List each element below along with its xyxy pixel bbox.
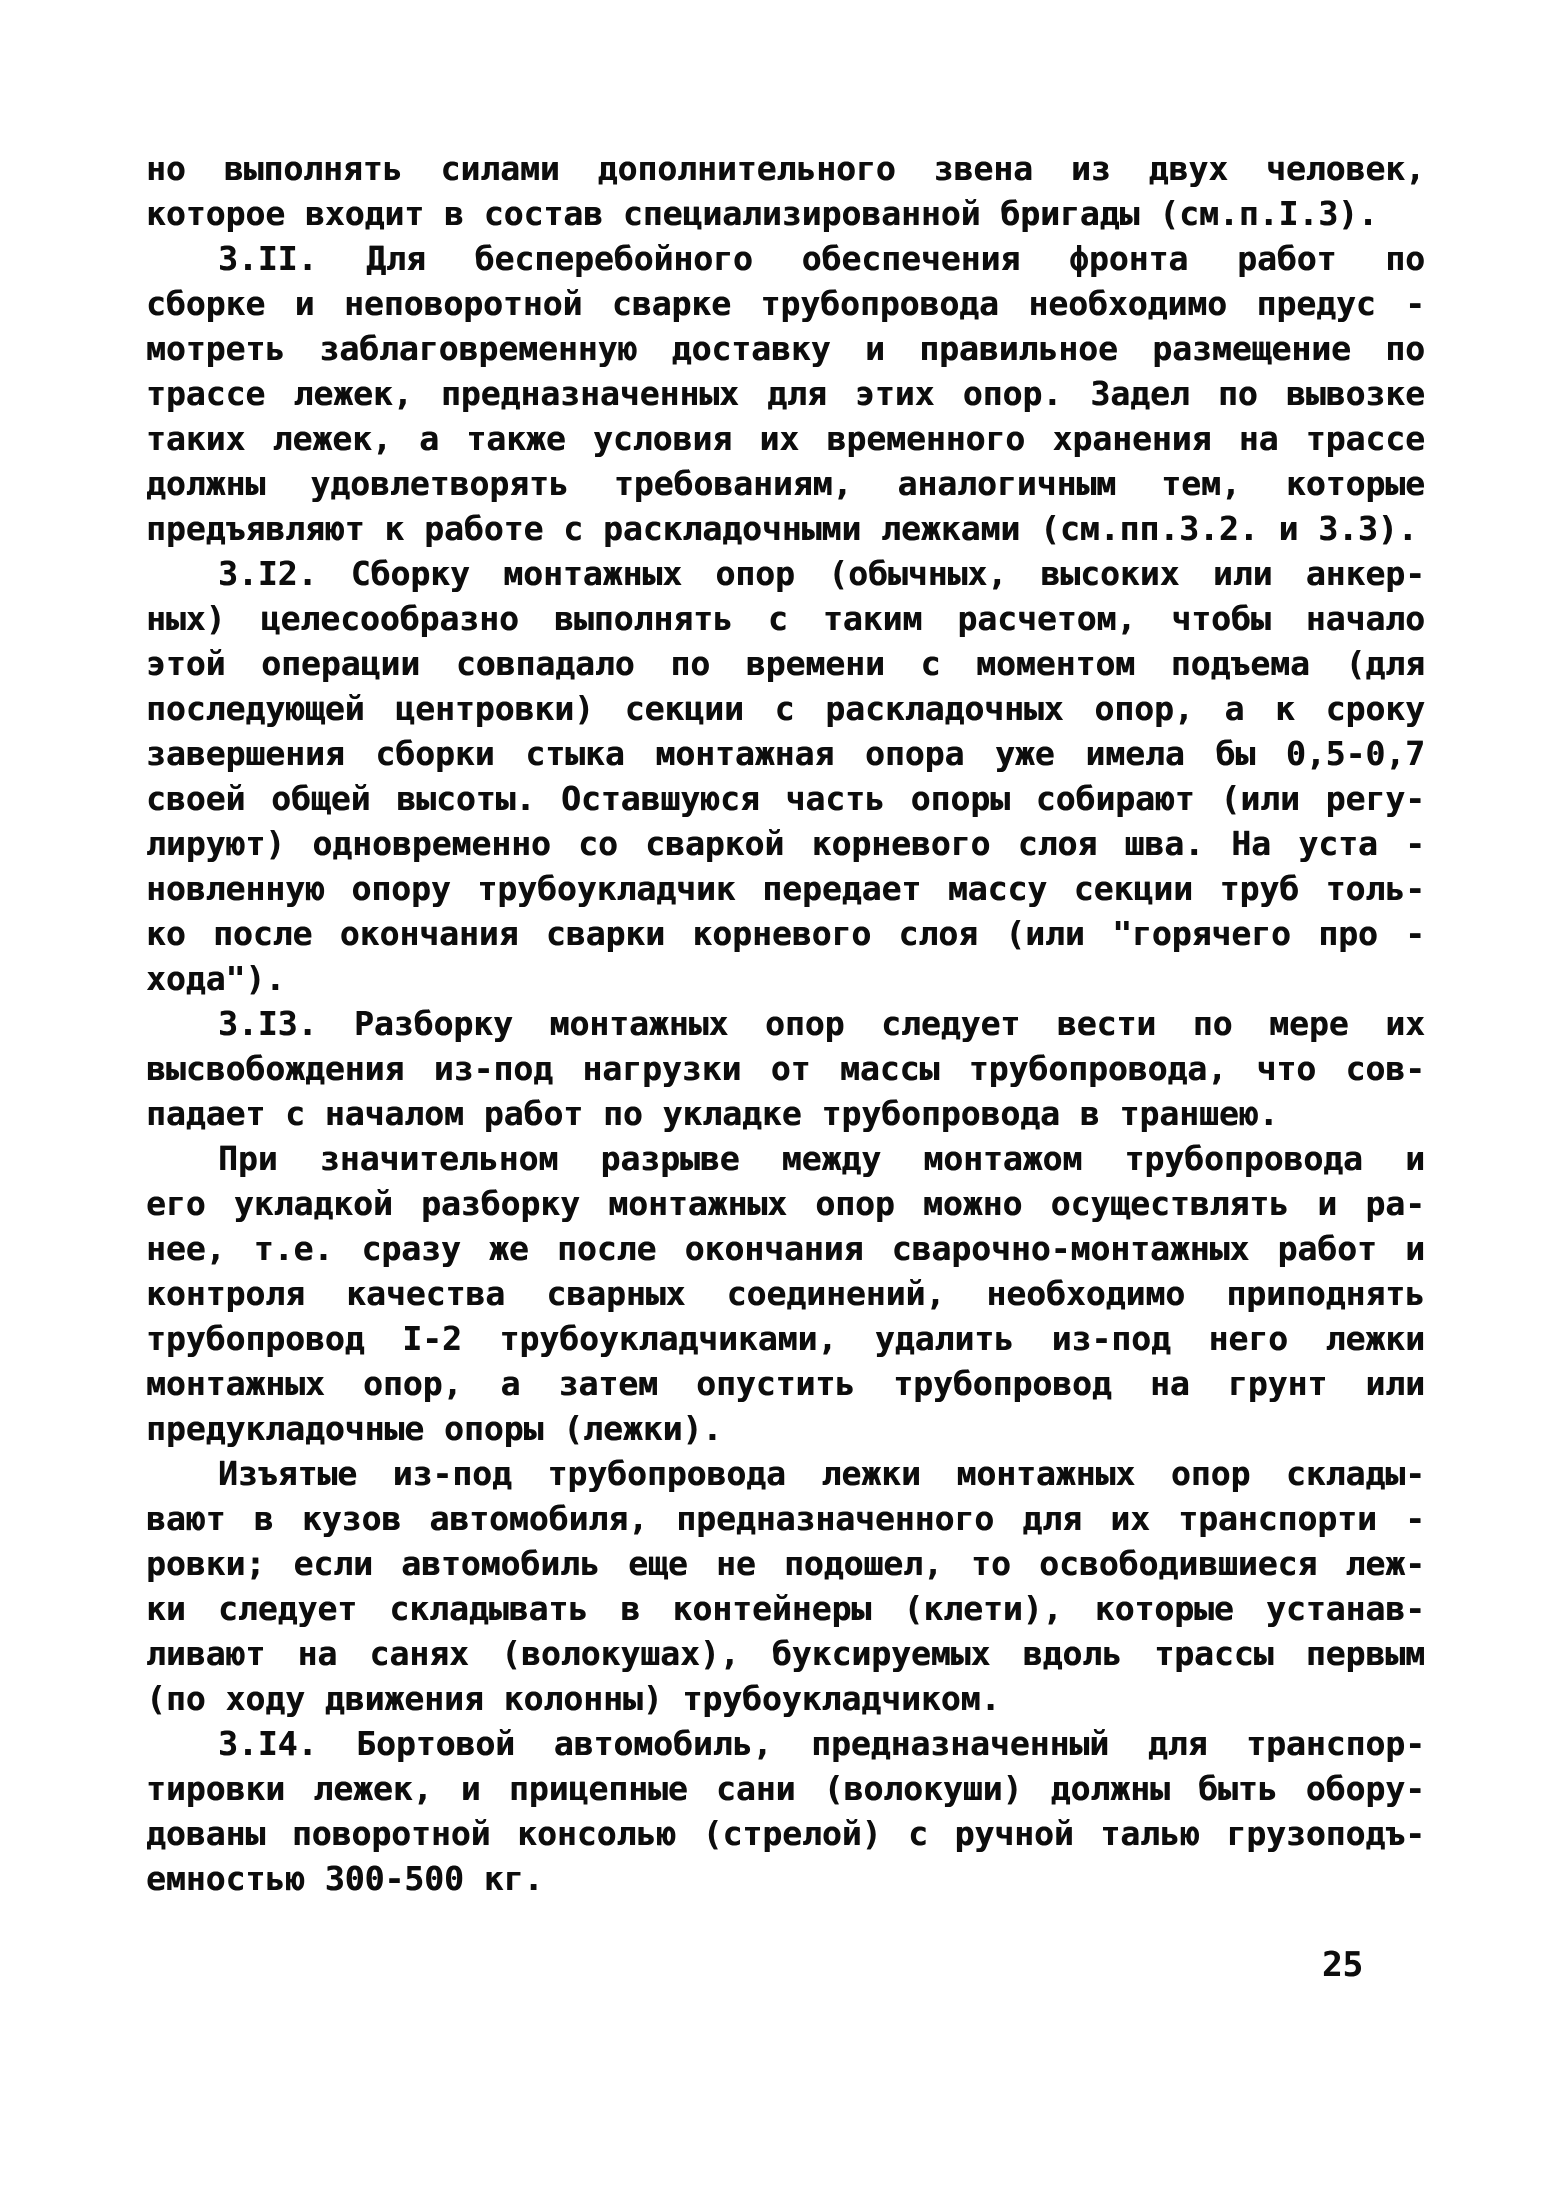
paragraph: 3.II. Для бесперебойного обеспечения фро… xyxy=(146,236,1425,551)
text-line: ки следует складывать в контейнеры (клет… xyxy=(146,1586,1425,1631)
text-line: 3.I3. Разборку монтажных опор следует ве… xyxy=(146,1001,1425,1046)
document-text: но выполнять силами дополнительного звен… xyxy=(146,146,1425,1901)
paragraph: Изъятые из-под трубопровода лежки монтаж… xyxy=(146,1451,1425,1721)
text-line: трассе лежек, предназначенных для этих о… xyxy=(146,371,1425,416)
text-line: сборке и неповоротной сварке трубопровод… xyxy=(146,281,1425,326)
text-line: этой операции совпадало по времени с мом… xyxy=(146,641,1425,686)
text-line: емностью 300-500 кг. xyxy=(146,1856,1425,1901)
text-line: дованы поворотной консолью (стрелой) с р… xyxy=(146,1811,1425,1856)
page-number: 25 xyxy=(1322,1945,1363,1985)
text-line: вают в кузов автомобиля, предназначенног… xyxy=(146,1496,1425,1541)
text-line: должны удовлетворять требованиям, аналог… xyxy=(146,461,1425,506)
text-line: контроля качества сварных соединений, не… xyxy=(146,1271,1425,1316)
text-line: 3.I2. Сборку монтажных опор (обычных, вы… xyxy=(146,551,1425,596)
text-line: При значительном разрыве между монтажом … xyxy=(146,1136,1425,1181)
text-line: монтажных опор, а затем опустить трубопр… xyxy=(146,1361,1425,1406)
text-line: завершения сборки стыка монтажная опора … xyxy=(146,731,1425,776)
text-line: 3.I4. Бортовой автомобиль, предназначенн… xyxy=(146,1721,1425,1766)
text-line: последующей центровки) секции с раскладо… xyxy=(146,686,1425,731)
text-line: нее, т.е. сразу же после окончания сваро… xyxy=(146,1226,1425,1271)
text-line: таких лежек, а также условия их временно… xyxy=(146,416,1425,461)
paragraph: 3.I4. Бортовой автомобиль, предназначенн… xyxy=(146,1721,1425,1901)
text-line: хода"). xyxy=(146,956,1425,1001)
text-line: высвобождения из-под нагрузки от массы т… xyxy=(146,1046,1425,1091)
paragraph: 3.I3. Разборку монтажных опор следует ве… xyxy=(146,1001,1425,1136)
text-line: ливают на санях (волокушах), буксируемых… xyxy=(146,1631,1425,1676)
text-line: 3.II. Для бесперебойного обеспечения фро… xyxy=(146,236,1425,281)
text-line: мотреть заблаговременную доставку и прав… xyxy=(146,326,1425,371)
paragraph: но выполнять силами дополнительного звен… xyxy=(146,146,1425,236)
text-line: ко после окончания сварки корневого слоя… xyxy=(146,911,1425,956)
text-line: но выполнять силами дополнительного звен… xyxy=(146,146,1425,191)
text-line: новленную опору трубоукладчик передает м… xyxy=(146,866,1425,911)
text-line: лируют) одновременно со сваркой корневог… xyxy=(146,821,1425,866)
paragraph: При значительном разрыве между монтажом … xyxy=(146,1136,1425,1451)
text-line: ных) целесообразно выполнять с таким рас… xyxy=(146,596,1425,641)
text-line: своей общей высоты. Оставшуюся часть опо… xyxy=(146,776,1425,821)
paragraph: 3.I2. Сборку монтажных опор (обычных, вы… xyxy=(146,551,1425,1001)
text-line: падает с началом работ по укладке трубоп… xyxy=(146,1091,1425,1136)
text-line: (по ходу движения колонны) трубоукладчик… xyxy=(146,1676,1425,1721)
document-page: но выполнять силами дополнительного звен… xyxy=(0,0,1557,2195)
text-line: ровки; если автомобиль еще не подошел, т… xyxy=(146,1541,1425,1586)
text-line: Изъятые из-под трубопровода лежки монтаж… xyxy=(146,1451,1425,1496)
text-line: его укладкой разборку монтажных опор мож… xyxy=(146,1181,1425,1226)
text-line: которое входит в состав специализированн… xyxy=(146,191,1425,236)
text-line: трубопровод I-2 трубоукладчиками, удалит… xyxy=(146,1316,1425,1361)
text-line: тировки лежек, и прицепные сани (волокуш… xyxy=(146,1766,1425,1811)
text-line: предукладочные опоры (лежки). xyxy=(146,1406,1425,1451)
text-line: предъявляют к работе с раскладочными леж… xyxy=(146,506,1425,551)
